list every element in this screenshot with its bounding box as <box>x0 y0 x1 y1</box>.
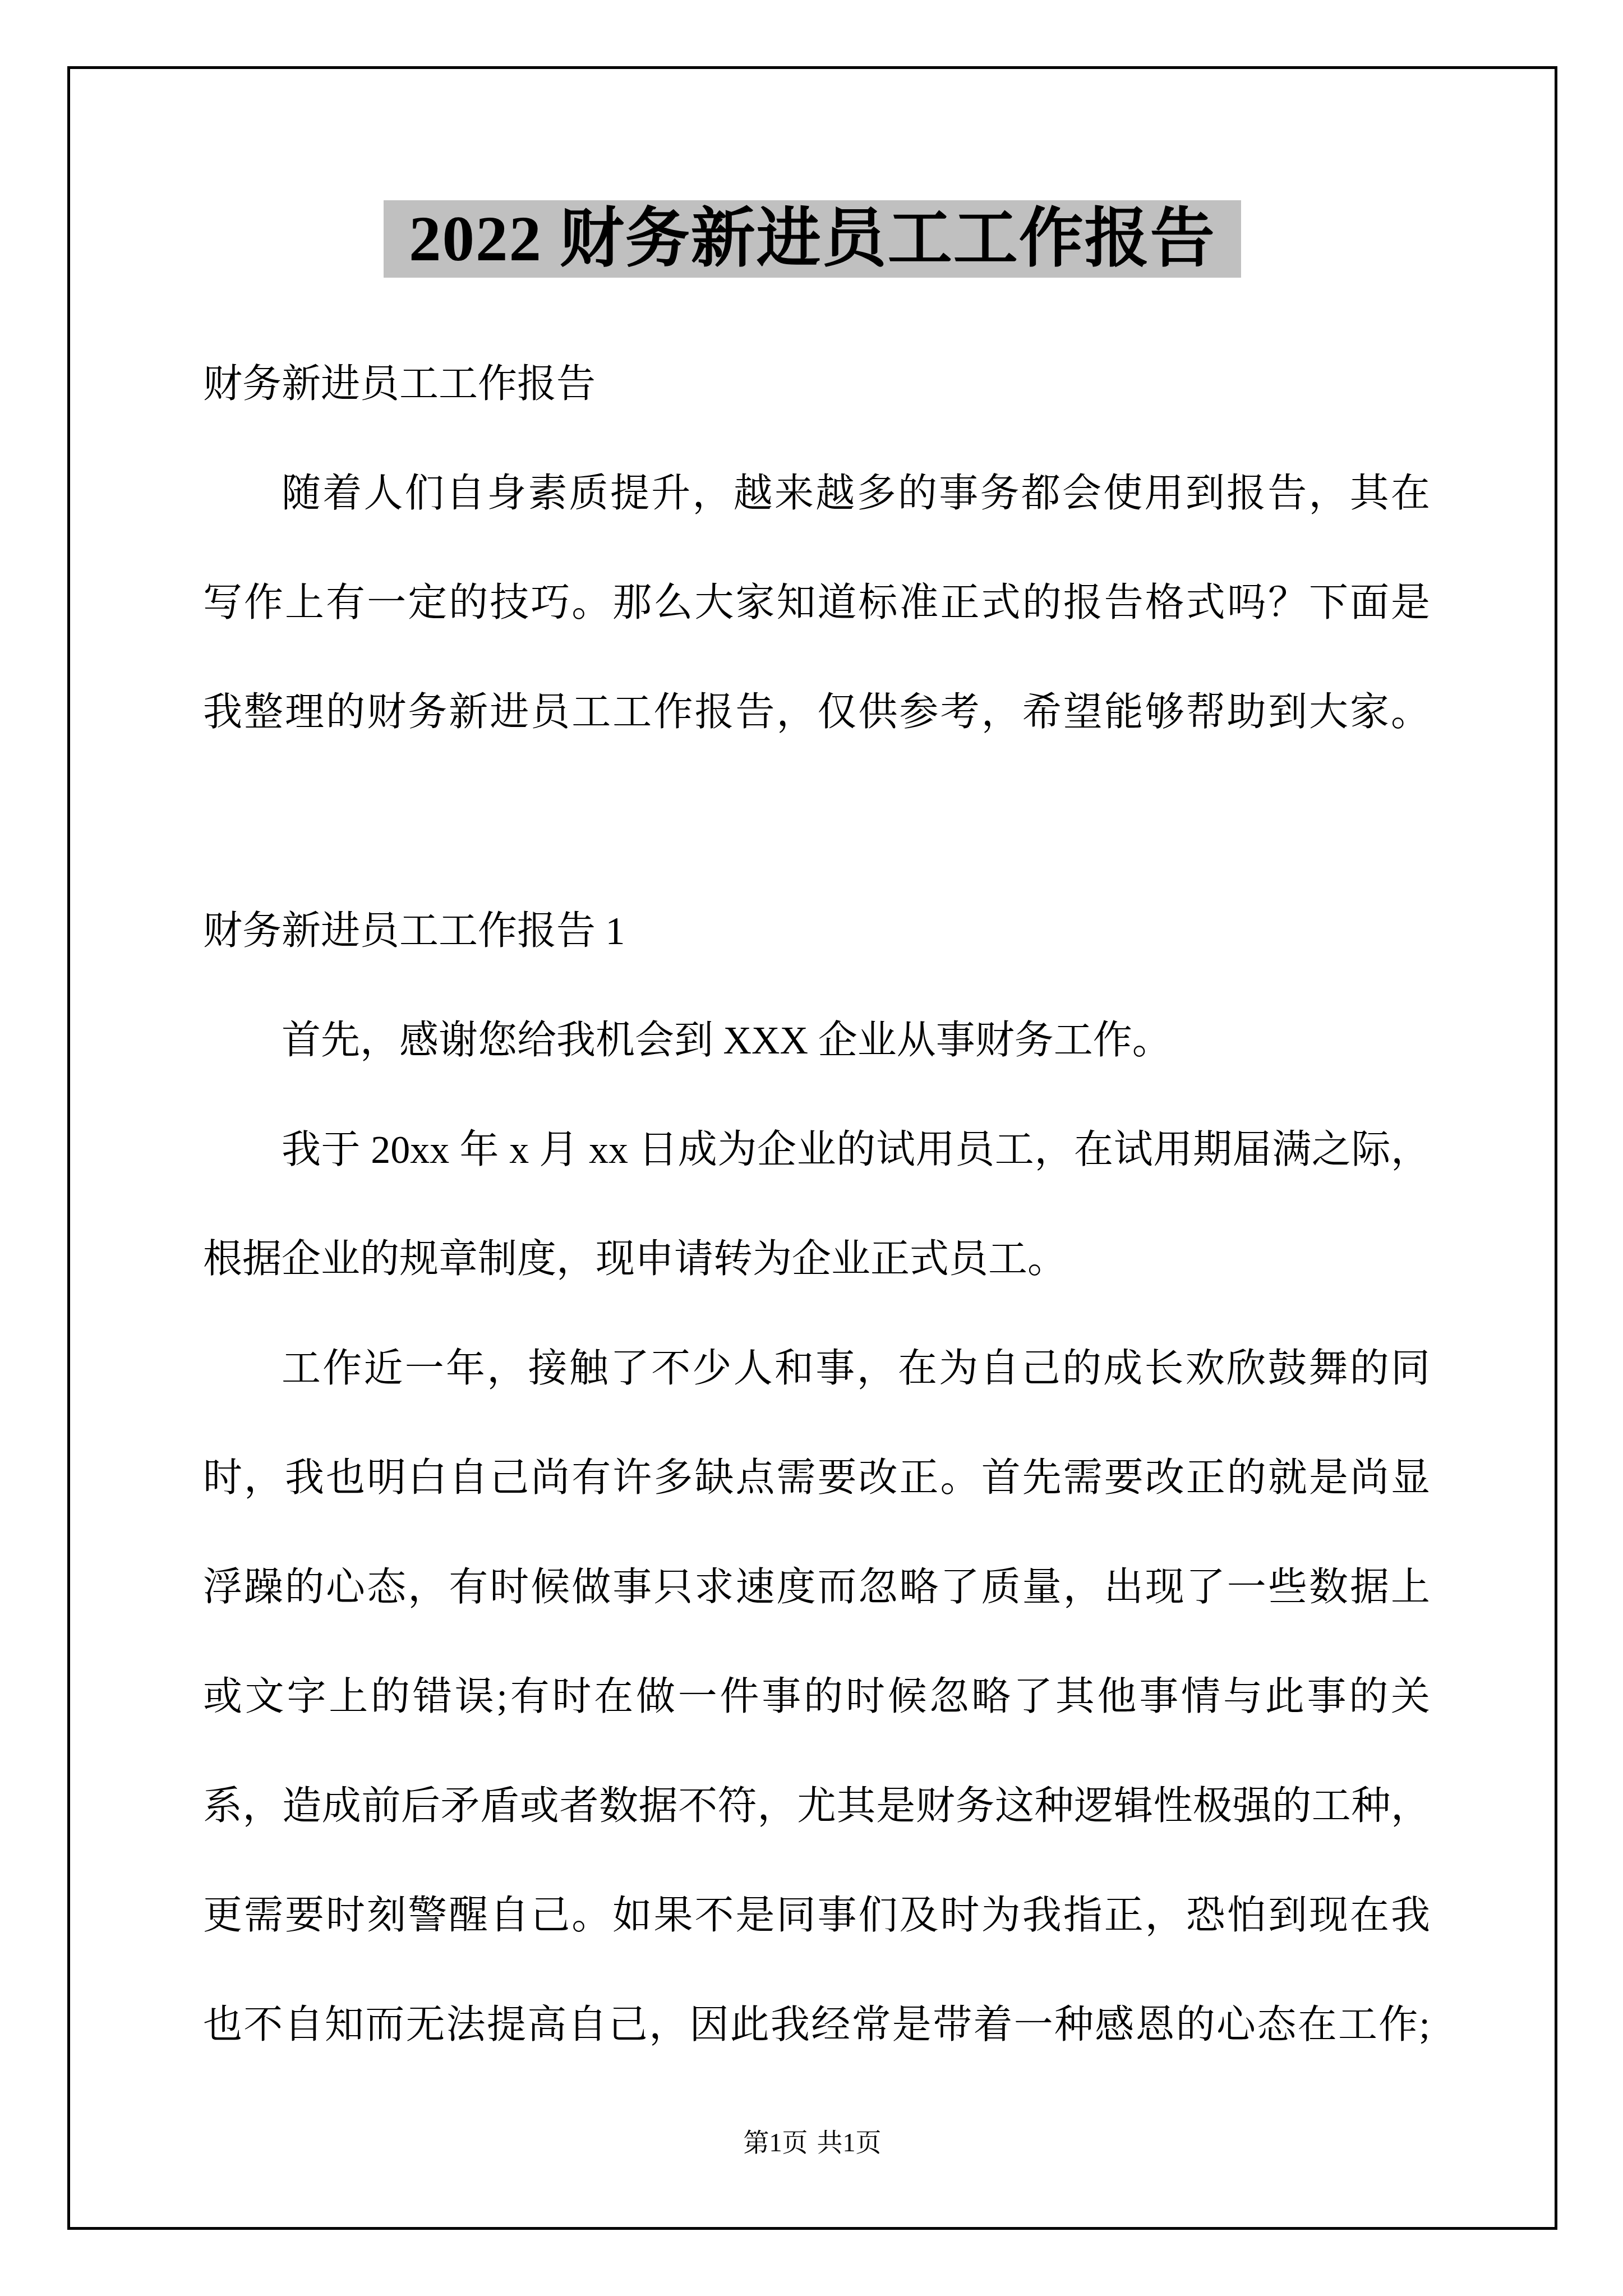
text-line: 随着人们自身素质提升，越来越多的事务都会使用到报告，其在 <box>203 439 1430 549</box>
text-line: 或文字上的错误;有时在做一件事的时候忽略了其他事情与此事的关 <box>203 1642 1430 1752</box>
text-line: 系，造成前后矛盾或者数据不符，尤其是财务这种逻辑性极强的工种， <box>203 1752 1430 1861</box>
text-line: 根据企业的规章制度，现申请转为企业正式员工。 <box>203 1205 1430 1314</box>
text-line: 写作上有一定的技巧。那么大家知道标准正式的报告格式吗？下面是 <box>203 549 1430 658</box>
document-title: 2022 财务新进员工工作报告 <box>70 200 1555 278</box>
document-body: 财务新进员工工作报告随着人们自身素质提升，越来越多的事务都会使用到报告，其在写作… <box>203 330 1430 2080</box>
page-footer: 第1页共1页 <box>70 2129 1555 2157</box>
text-line: 更需要时刻警醒自己。如果不是同事们及时为我指正，恐怕到现在我 <box>203 1861 1430 1971</box>
text-line: 浮躁的心态，有时候做事只求速度而忽略了质量，出现了一些数据上 <box>203 1533 1430 1642</box>
text-line: 我于 20xx 年 x 月 xx 日成为企业的试用员工，在试用期届满之际， <box>203 1096 1430 1205</box>
text-line: 我整理的财务新进员工工作报告，仅供参考，希望能够帮助到大家。 <box>203 658 1430 767</box>
footer-page-count: 共1页 <box>817 2128 882 2157</box>
text-line: 财务新进员工工作报告 1 <box>203 877 1430 986</box>
title-highlight: 2022 财务新进员工工作报告 <box>384 200 1241 278</box>
text-line: 也不自知而无法提高自己，因此我经常是带着一种感恩的心态在工作; <box>203 1971 1430 2080</box>
text-line: 工作近一年，接触了不少人和事，在为自己的成长欢欣鼓舞的同 <box>203 1314 1430 1424</box>
text-line: 财务新进员工工作报告 <box>203 330 1430 439</box>
text-line: 首先，感谢您给我机会到 XXX 企业从事财务工作。 <box>203 986 1430 1096</box>
page-border: 2022 财务新进员工工作报告 财务新进员工工作报告随着人们自身素质提升，越来越… <box>67 66 1557 2230</box>
footer-page-number: 第1页 <box>744 2128 808 2157</box>
text-line: 时，我也明白自己尚有许多缺点需要改正。首先需要改正的就是尚显 <box>203 1424 1430 1533</box>
blank-line <box>203 767 1430 877</box>
